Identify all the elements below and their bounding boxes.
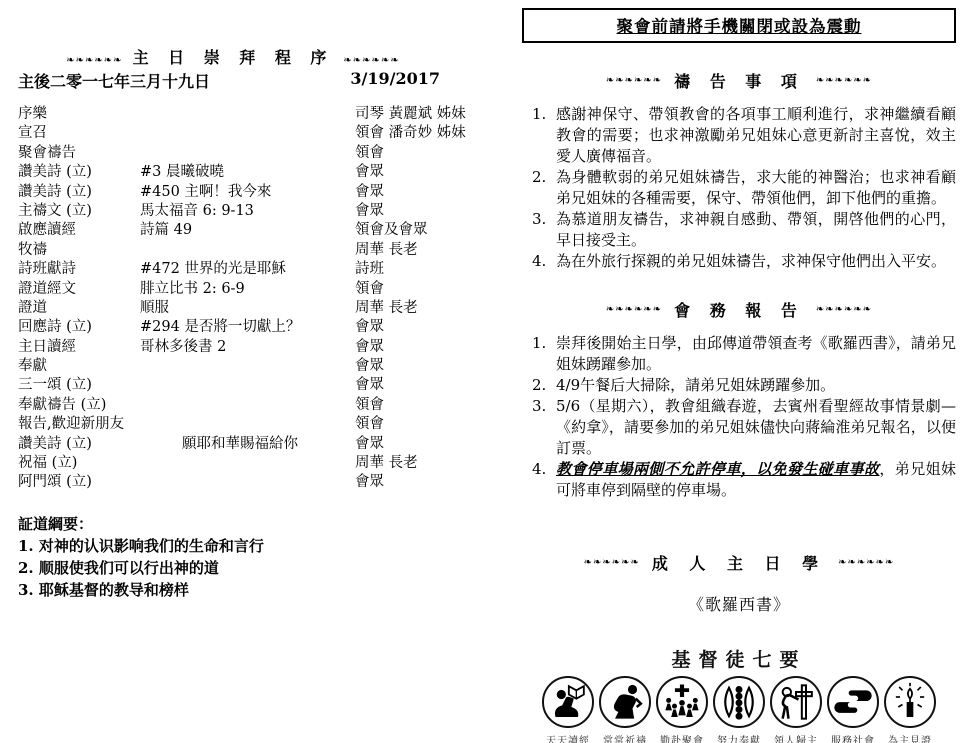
seven-essential-label: 常常祈禱: [598, 732, 652, 743]
announcements-section-heading: ❧❧❧❧❧❧ 會 務 報 告 ❧❧❧❧❧❧: [522, 298, 956, 321]
program-item-label: 讚美詩 (立): [18, 435, 140, 454]
bulletin-right-page: 聚會前請將手機關閉或設為震動 ❧❧❧❧❧❧ 禱 告 事 項 ❧❧❧❧❧❧ 1.感…: [522, 8, 956, 743]
program-row: 祝福 (立)周華 長老: [18, 454, 470, 473]
scroll-ornament-icon: ❧❧❧❧❧❧: [816, 304, 872, 315]
program-item-who: 會眾: [355, 473, 470, 492]
program-item-detail: 馬太福音 6: 9-13: [140, 202, 355, 221]
worship-program-title-line: ❧❧❧❧❧❧主 日 崇 拜 程 序❧❧❧❧❧❧: [18, 45, 448, 68]
gathering-icon: [656, 676, 708, 728]
program-item-who: 領會及會眾: [355, 221, 470, 240]
program-row: 奉獻會眾: [18, 357, 470, 376]
list-item-number: 1.: [522, 333, 556, 375]
program-row: 啟應讀經詩篇 49領會及會眾: [18, 221, 470, 240]
program-item-detail: [140, 415, 355, 434]
program-item-who: 領會: [355, 396, 470, 415]
list-item-number: 1.: [522, 104, 556, 167]
program-item-who: 領會: [355, 144, 470, 163]
program-item-detail: [140, 241, 355, 260]
seven-essential-item: 天天讀經: [541, 676, 595, 743]
seven-essentials-icons-row: 天天讀經常常祈禱勤赴聚會努力奉獻領人歸主服務社會為主見證: [522, 676, 956, 743]
program-item-label: 祝福 (立): [18, 454, 140, 473]
program-item-detail: 順服: [140, 299, 355, 318]
program-item-label: 奉獻禱告 (立): [18, 396, 140, 415]
prayer-list: 1.感謝神保守、帶領教會的各項事工順利進行，求神繼續看顧教會的需要；也求神激勵弟…: [522, 104, 956, 272]
program-item-label: 回應詩 (立): [18, 318, 140, 337]
list-item-number: 2.: [522, 375, 556, 396]
sermon-outline-title: 証道綱要：: [18, 513, 470, 535]
prayer-section-title: 禱 告 事 項: [674, 69, 804, 92]
program-item-detail: [140, 357, 355, 376]
program-item-who: 會眾: [355, 318, 470, 337]
sermon-outline-item: 3. 耶稣基督的教导和榜样: [18, 579, 470, 601]
program-item-label: 奉獻: [18, 357, 140, 376]
list-item-number: 4.: [522, 459, 556, 501]
seven-essential-item: 努力奉獻: [712, 676, 766, 743]
emphasized-text: 教會停車場兩側不允許停車，以免發生碰車事故: [556, 460, 879, 478]
announcement-item: 4.教會停車場兩側不允許停車，以免發生碰車事故，弟兄姐妹可將車停到隔壁的停車場。: [522, 459, 956, 501]
program-item-detail: #294 是否將一切獻上？: [140, 318, 355, 337]
program-row: 詩班獻詩#472 世界的光是耶穌詩班: [18, 260, 470, 279]
seven-essential-label: 努力奉獻: [712, 732, 766, 743]
list-item-text: 崇拜後開始主日學，由邱傳道帶領查考《歌羅西書》，請弟兄姐妹踴躍參加。: [556, 333, 956, 375]
seven-essential-item: 為主見證: [883, 676, 937, 743]
pray-icon: [599, 676, 651, 728]
scroll-ornament-icon: ❧❧❧❧❧❧: [66, 55, 122, 66]
program-row: 牧禱周華 長老: [18, 241, 470, 260]
scroll-ornament-icon: ❧❧❧❧❧❧: [816, 75, 872, 86]
program-item-detail: [140, 124, 355, 143]
list-item-text: 教會停車場兩側不允許停車，以免發生碰車事故，弟兄姐妹可將車停到隔壁的停車場。: [556, 459, 956, 501]
program-item-detail: [140, 454, 355, 473]
program-row: 讚美詩 (立)願耶和華賜福給你會眾: [18, 435, 470, 454]
lead-to-christ-icon: [770, 676, 822, 728]
seven-essential-item: 勤赴聚會: [655, 676, 709, 743]
program-row: 聚會禱告領會: [18, 144, 470, 163]
program-row: 奉獻禱告 (立)領會: [18, 396, 470, 415]
scroll-ornament-icon: ❧❧❧❧❧❧: [606, 304, 662, 315]
list-item-text: 為慕道朋友禱告，求神親自感動、帶領，開啓他們的心門，早日接受主。: [556, 209, 956, 251]
page-title: 主 日 崇 拜 程 序: [133, 48, 334, 67]
candle-witness-icon: [884, 676, 936, 728]
announcement-item: 3.5/6（星期六），教會組織春遊，去賓州看聖經故事情景劇—《約拿》，請要參加的…: [522, 396, 956, 459]
list-item-text: 為在外旅行探親的弟兄姐妹禱告，求神保守他們出入平安。: [556, 251, 956, 272]
scroll-ornament-icon: ❧❧❧❧❧❧: [343, 55, 399, 66]
program-item-who: 周華 長老: [355, 241, 470, 260]
program-item-detail: #450 主啊！我今來: [140, 183, 355, 202]
program-item-label: 主禱文 (立): [18, 202, 140, 221]
list-item-text: 感謝神保守、帶領教會的各項事工順利進行，求神繼續看顧教會的需要；也求神激勵弟兄姐…: [556, 104, 956, 167]
program-item-who: 會眾: [355, 202, 470, 221]
program-row: 報告,歡迎新朋友領會: [18, 415, 470, 434]
date-chinese: 主後二零一七年三月十九日: [18, 69, 210, 92]
program-item-detail: [140, 144, 355, 163]
program-item-label: 三一頌 (立): [18, 376, 140, 395]
program-item-label: 阿門頌 (立): [18, 473, 140, 492]
program-item-who: 周華 長老: [355, 454, 470, 473]
prayer-section-heading: ❧❧❧❧❧❧ 禱 告 事 項 ❧❧❧❧❧❧: [522, 69, 956, 92]
offering-icon: [713, 676, 765, 728]
announcements-section-title: 會 務 報 告: [674, 298, 804, 321]
program-row: 阿門頌 (立)會眾: [18, 473, 470, 492]
program-row: 宣召領會 潘奇妙 姊妹: [18, 124, 470, 143]
sunday-school-heading: ❧❧❧❧❧❧ 成 人 主 日 學 ❧❧❧❧❧❧: [522, 551, 956, 574]
list-item-number: 2.: [522, 167, 556, 209]
seven-essential-item: 服務社會: [826, 676, 880, 743]
program-item-label: 聚會禱告: [18, 144, 140, 163]
announcement-item: 2.4/9午餐后大掃除，請弟兄姐妹踴躍參加。: [522, 375, 956, 396]
serving-hands-icon: [827, 676, 879, 728]
list-item-text: 為身體軟弱的弟兄姐妹禱告，求大能的神醫治；也求神看顧弟兄姐妹的各種需要，保守、帶…: [556, 167, 956, 209]
read-bible-icon: [542, 676, 594, 728]
program-row: 主禱文 (立)馬太福音 6: 9-13會眾: [18, 202, 470, 221]
program-item-detail: [140, 105, 355, 124]
program-item-who: 會眾: [355, 376, 470, 395]
prayer-item: 2.為身體軟弱的弟兄姐妹禱告，求大能的神醫治；也求神看顧弟兄姐妹的各種需要，保守…: [522, 167, 956, 209]
program-item-who: 會眾: [355, 183, 470, 202]
program-item-detail: [140, 396, 355, 415]
program-item-label: 序樂: [18, 105, 140, 124]
seven-essential-label: 天天讀經: [541, 732, 595, 743]
list-item-number: 4.: [522, 251, 556, 272]
program-row: 證道順服周華 長老: [18, 299, 470, 318]
program-row: 讚美詩 (立)#3 晨曦破曉會眾: [18, 163, 470, 182]
seven-essential-item: 常常祈禱: [598, 676, 652, 743]
program-item-label: 啟應讀經: [18, 221, 140, 240]
prayer-item: 3.為慕道朋友禱告，求神親自感動、帶領，開啓他們的心門，早日接受主。: [522, 209, 956, 251]
program-item-label: 讚美詩 (立): [18, 183, 140, 202]
sunday-school-title: 成 人 主 日 學: [652, 551, 826, 574]
program-item-who: 司琴 黃麗斌 姊妹: [355, 105, 470, 124]
list-item-text: 5/6（星期六），教會組織春遊，去賓州看聖經故事情景劇—《約拿》，請要參加的弟兄…: [556, 396, 956, 459]
program-row: 讚美詩 (立)#450 主啊！我今來會眾: [18, 183, 470, 202]
date-row: 主後二零一七年三月十九日 3/19/2017: [18, 69, 440, 92]
seven-essential-label: 勤赴聚會: [655, 732, 709, 743]
program-item-who: 領會 潘奇妙 姊妹: [355, 124, 470, 143]
program-item-who: 會眾: [355, 435, 470, 454]
program-item-detail: #3 晨曦破曉: [140, 163, 355, 182]
program-row: 序樂司琴 黃麗斌 姊妹: [18, 105, 470, 124]
program-item-who: 詩班: [355, 260, 470, 279]
program-item-label: 詩班獻詩: [18, 260, 140, 279]
christian-seven-essentials: 基督徒七要 天天讀經常常祈禱勤赴聚會努力奉獻領人歸主服務社會為主見證: [522, 645, 956, 743]
program-row: 主日讀經哥林多後書 2會眾: [18, 338, 470, 357]
program-item-detail: 願耶和華賜福給你: [140, 435, 355, 454]
program-item-who: 領會: [355, 415, 470, 434]
list-item-text: 4/9午餐后大掃除，請弟兄姐妹踴躍參加。: [556, 375, 956, 396]
prayer-item: 1.感謝神保守、帶領教會的各項事工順利進行，求神繼續看顧教會的需要；也求神激勵弟…: [522, 104, 956, 167]
program-item-detail: [140, 473, 355, 492]
program-row: 回應詩 (立)#294 是否將一切獻上？會眾: [18, 318, 470, 337]
program-row: 證道經文腓立比书 2: 6-9領會: [18, 280, 470, 299]
scroll-ornament-icon: ❧❧❧❧❧❧: [606, 75, 662, 86]
seven-essential-label: 服務社會: [826, 732, 880, 743]
worship-program-table: 序樂司琴 黃麗斌 姊妹宣召領會 潘奇妙 姊妹聚會禱告領會讚美詩 (立)#3 晨曦…: [18, 105, 470, 493]
program-item-label: 讚美詩 (立): [18, 163, 140, 182]
program-item-who: 會眾: [355, 357, 470, 376]
sermon-outline-item: 2. 顺服使我们可以行出神的道: [18, 557, 470, 579]
sermon-outline: 証道綱要： 1. 对神的认识影响我们的生命和言行2. 顺服使我们可以行出神的道3…: [18, 513, 470, 601]
phone-notice-box: 聚會前請將手機關閉或設為震動: [522, 8, 956, 43]
program-item-detail: [140, 376, 355, 395]
list-item-number: 3.: [522, 396, 556, 459]
program-item-detail: 哥林多後書 2: [140, 338, 355, 357]
sermon-outline-item: 1. 对神的认识影响我们的生命和言行: [18, 535, 470, 557]
date-numeric: 3/19/2017: [350, 69, 440, 92]
program-item-detail: 詩篇 49: [140, 221, 355, 240]
sunday-school-book: 《歌羅西書》: [522, 592, 956, 615]
seven-essentials-title: 基督徒七要: [522, 645, 956, 672]
program-item-who: 會眾: [355, 163, 470, 182]
scroll-ornament-icon: ❧❧❧❧❧❧: [838, 557, 894, 568]
program-item-who: 周華 長老: [355, 299, 470, 318]
phone-notice-text: 聚會前請將手機關閉或設為震動: [617, 17, 862, 36]
program-item-who: 會眾: [355, 338, 470, 357]
program-item-label: 牧禱: [18, 241, 140, 260]
seven-essential-item: 領人歸主: [769, 676, 823, 743]
program-item-label: 宣召: [18, 124, 140, 143]
program-item-detail: 腓立比书 2: 6-9: [140, 280, 355, 299]
seven-essential-label: 為主見證: [883, 732, 937, 743]
program-item-label: 證道: [18, 299, 140, 318]
program-item-label: 報告,歡迎新朋友: [18, 415, 140, 434]
sermon-outline-items: 1. 对神的认识影响我们的生命和言行2. 顺服使我们可以行出神的道3. 耶稣基督…: [18, 535, 470, 601]
list-item-number: 3.: [522, 209, 556, 251]
announcement-item: 1.崇拜後開始主日學，由邱傳道帶領查考《歌羅西書》，請弟兄姐妹踴躍參加。: [522, 333, 956, 375]
program-item-who: 領會: [355, 280, 470, 299]
program-item-label: 主日讀經: [18, 338, 140, 357]
announcements-list: 1.崇拜後開始主日學，由邱傳道帶領查考《歌羅西書》，請弟兄姐妹踴躍參加。2.4/…: [522, 333, 956, 501]
seven-essential-label: 領人歸主: [769, 732, 823, 743]
scroll-ornament-icon: ❧❧❧❧❧❧: [584, 557, 640, 568]
program-item-detail: #472 世界的光是耶穌: [140, 260, 355, 279]
program-row: 三一頌 (立)會眾: [18, 376, 470, 395]
program-item-label: 證道經文: [18, 280, 140, 299]
prayer-item: 4.為在外旅行探親的弟兄姐妹禱告，求神保守他們出入平安。: [522, 251, 956, 272]
